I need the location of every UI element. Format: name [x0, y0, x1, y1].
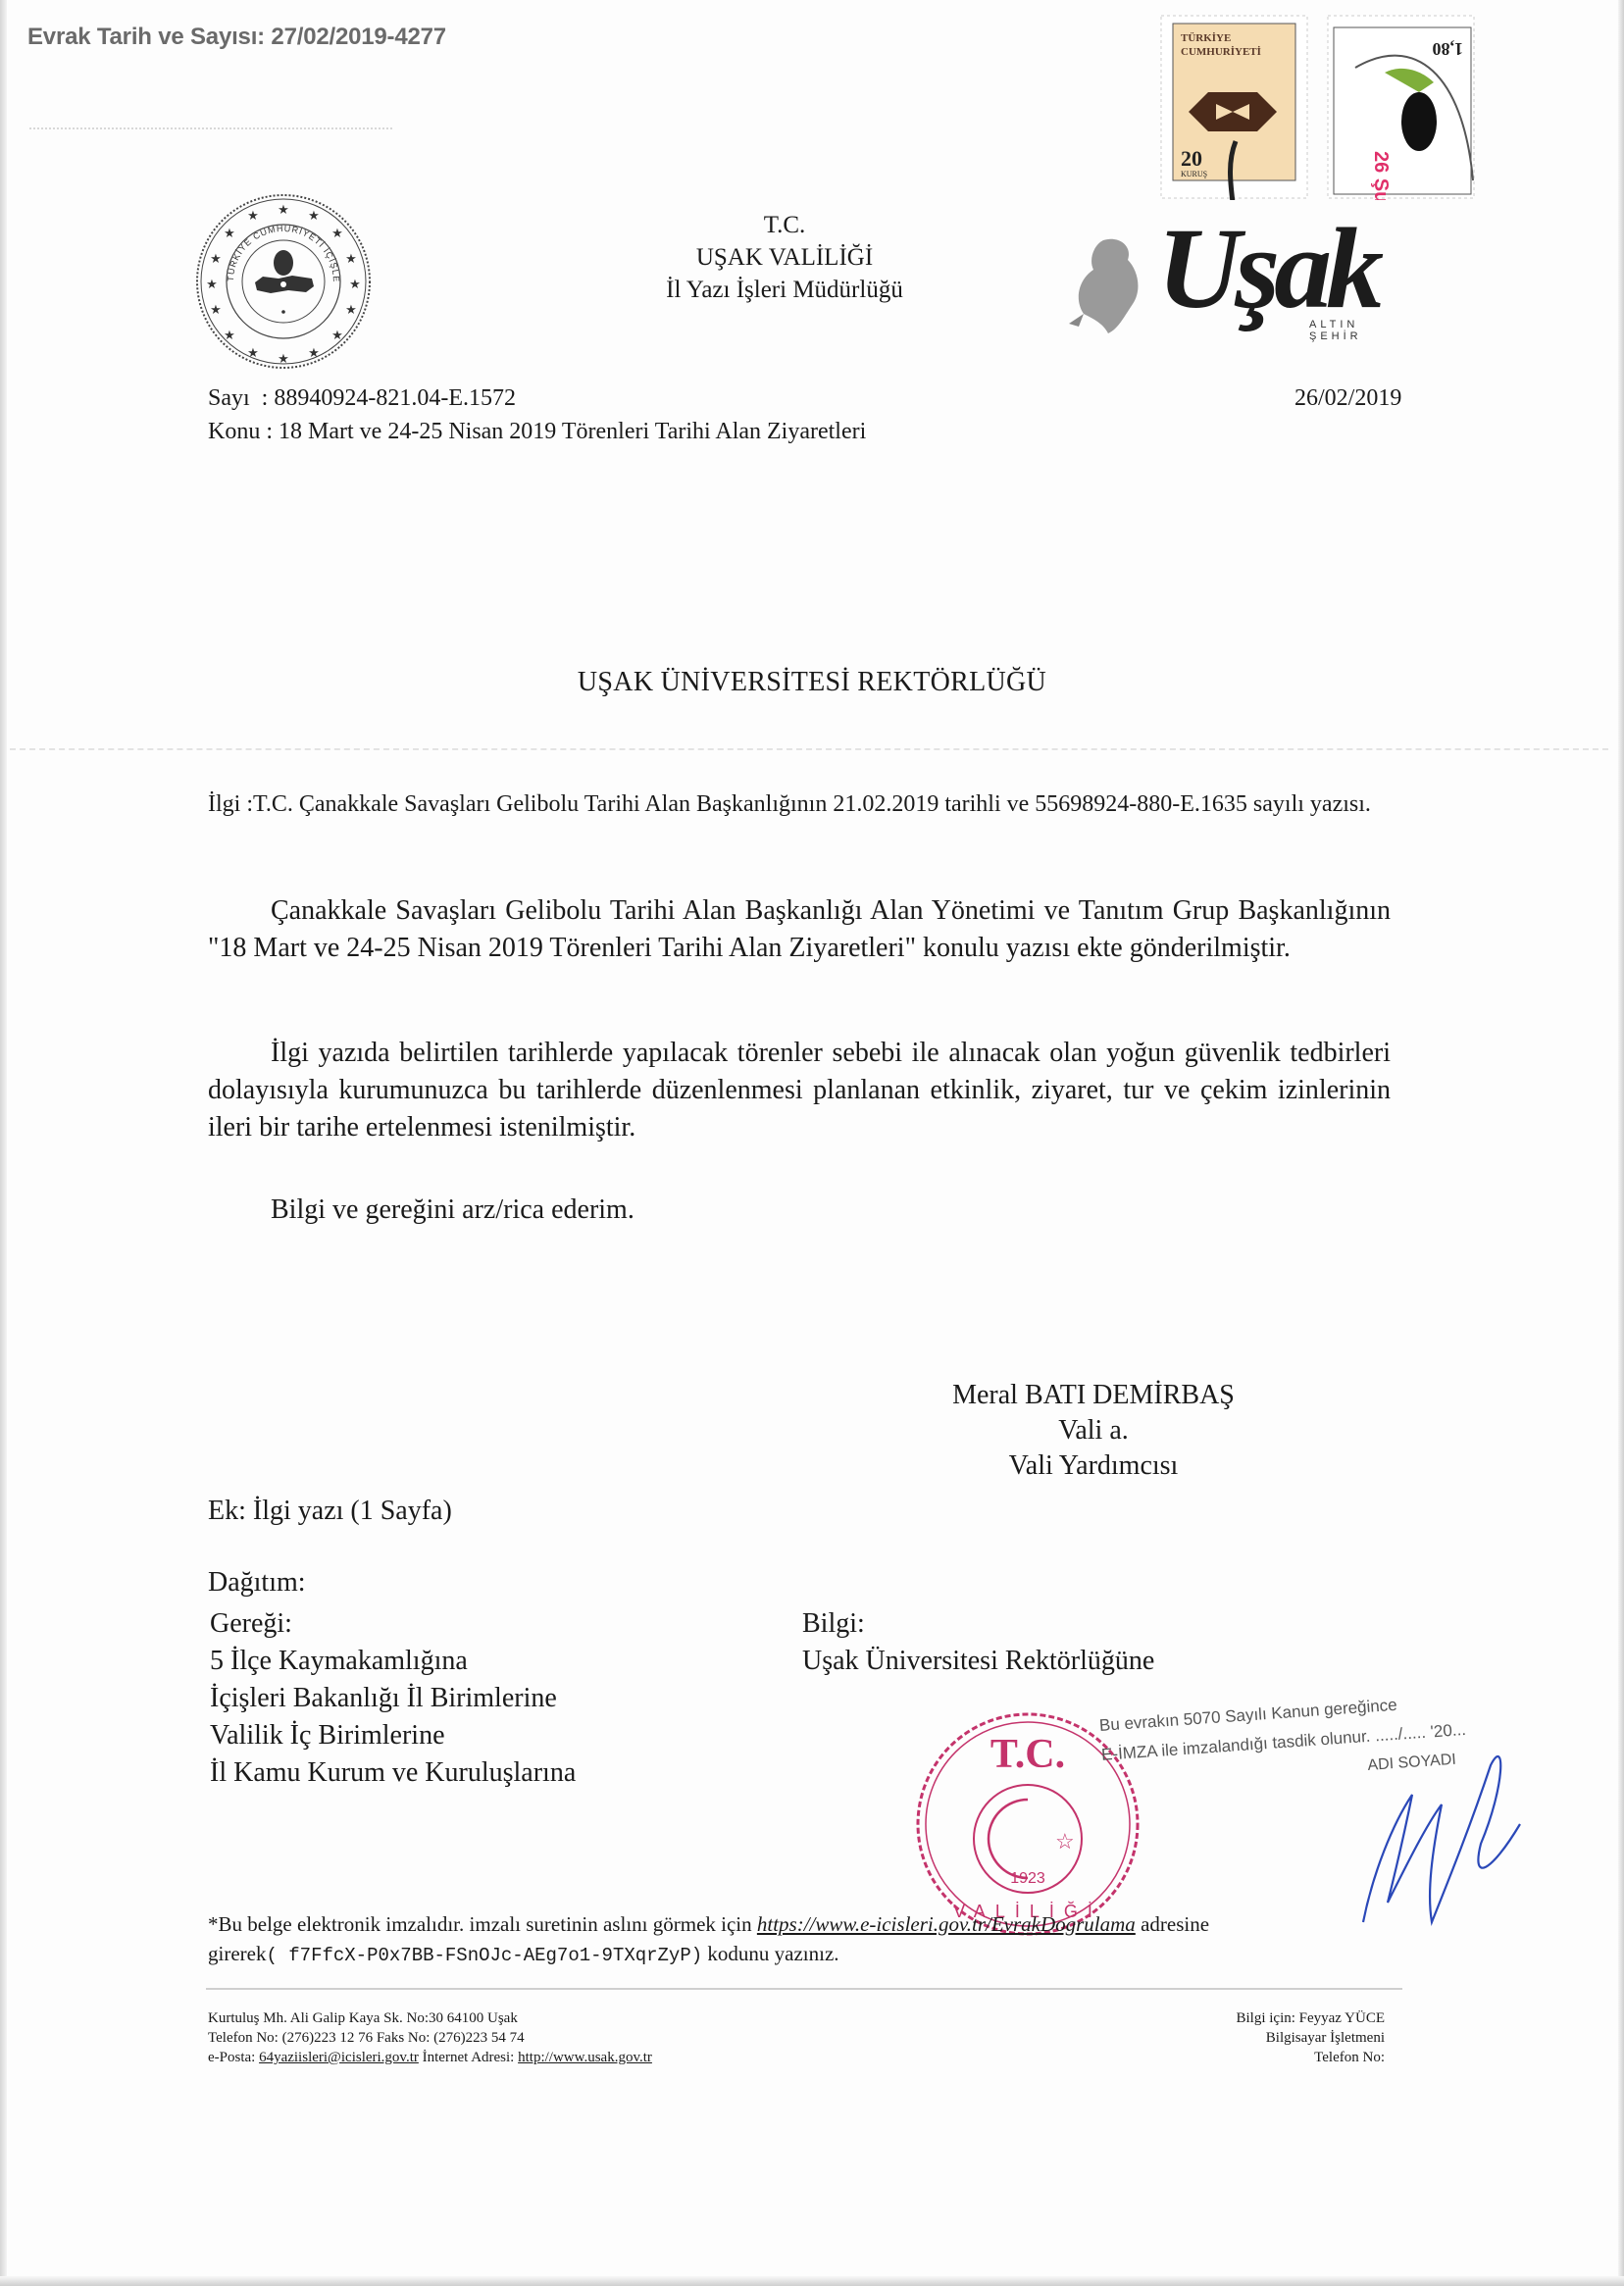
- svg-text:1,80: 1,80: [1433, 39, 1464, 59]
- list-item: İçişleri Bakanlığı İl Birimlerine: [210, 1680, 576, 1717]
- list-item: Uşak Üniversitesi Rektörlüğüne: [802, 1643, 1154, 1680]
- letterhead: T.C. UŞAK VALİLİĞİ İl Yazı İşleri Müdürl…: [588, 209, 981, 306]
- fold-line: [10, 748, 1608, 750]
- svg-text:★: ★: [224, 226, 235, 240]
- usak-city-logo: Uşak ALTIN ŞEHİR: [1064, 211, 1388, 348]
- svg-text:★: ★: [247, 345, 259, 360]
- svg-text:★: ★: [345, 251, 357, 266]
- scan-artifact: [29, 127, 392, 129]
- svg-text:TÜRKİYE CUMHURİYETİ İÇİŞLERİ B: TÜRKİYE CUMHURİYETİ İÇİŞLERİ BAKANLIĞI: [194, 192, 341, 282]
- postage-stamp-icon: 1,80 26 Şubat 19: [1326, 14, 1476, 200]
- svg-text:★: ★: [278, 202, 289, 217]
- footer-divider: [206, 1988, 1402, 1990]
- page-edge: [0, 0, 7, 2286]
- svg-text:TÜRKİYE: TÜRKİYE: [1181, 31, 1231, 44]
- e-signature-footnote: *Bu belge elektronik imzalıdır. imzalı s…: [208, 1909, 1404, 1970]
- svg-text:★: ★: [247, 208, 259, 223]
- page-edge: [1618, 0, 1624, 2286]
- body-paragraph: Çanakkale Savaşları Gelibolu Tarihi Alan…: [208, 892, 1391, 967]
- website-link[interactable]: http://www.usak.gov.tr: [518, 2050, 652, 2065]
- document-date: 26/02/2019: [1294, 385, 1401, 412]
- addressee: UŞAK ÜNİVERSİTESİ REKTÖRLÜĞÜ: [0, 667, 1624, 698]
- distribution-action-list: Gereği: 5 İlçe Kaymakamlığına İçişleri B…: [210, 1605, 576, 1792]
- body-paragraph: Bilgi ve gereğini arz/rica ederim.: [208, 1192, 1391, 1229]
- svg-text:20: 20: [1181, 146, 1202, 171]
- statue-icon: [1064, 230, 1152, 338]
- page-edge: [0, 2276, 1624, 2286]
- svg-text:★: ★: [331, 226, 343, 240]
- svg-text:★: ★: [349, 277, 361, 291]
- letterhead-department: İl Yazı İşleri Müdürlüğü: [588, 274, 981, 306]
- svg-text:T.C.: T.C.: [990, 1732, 1065, 1777]
- svg-text:★: ★: [345, 302, 357, 317]
- list-item: İl Kamu Kurum ve Kuruluşlarına: [210, 1754, 576, 1792]
- reference-label: İlgi :: [208, 787, 253, 822]
- document-registry-number: Evrak Tarih ve Sayısı: 27/02/2019-4277: [27, 24, 446, 51]
- svg-text:KURUŞ: KURUŞ: [1181, 170, 1207, 178]
- footer-contact: Bilgi için: Feyyaz YÜCE Bilgisayar İşlet…: [1079, 2008, 1385, 2067]
- svg-text:★: ★: [331, 328, 343, 342]
- distribution-label: Dağıtım:: [208, 1567, 306, 1599]
- attachment-note: Ek: İlgi yazı (1 Sayfa): [208, 1496, 452, 1527]
- svg-text:★: ★: [206, 277, 218, 291]
- signatory-title: Vali Yardımcısı: [912, 1448, 1275, 1484]
- svg-text:★: ★: [278, 351, 289, 366]
- signatory-on-behalf: Vali a.: [912, 1413, 1275, 1448]
- postage-stamp-icon: TÜRKİYE CUMHURİYETİ 20 KURUŞ: [1159, 14, 1309, 200]
- verification-code: ( f7FfcX-P0x7BB-FSnOJc-AEg7o1-9TXqrZyP): [266, 1945, 702, 1966]
- footer-address: Kurtuluş Mh. Ali Galip Kaya Sk. No:30 64…: [208, 2008, 652, 2067]
- letterhead-tc: T.C.: [588, 209, 981, 241]
- svg-text:CUMHURİYETİ: CUMHURİYETİ: [1181, 46, 1261, 58]
- verification-link[interactable]: https://www.e-icisleri.gov.tr/EvrakDogru…: [757, 1912, 1136, 1936]
- list-item: Valilik İç Birimlerine: [210, 1717, 576, 1754]
- reference-text: T.C. Çanakkale Savaşları Gelibolu Tarihi…: [253, 787, 1371, 822]
- svg-text:★: ★: [308, 345, 320, 360]
- svg-text:★: ★: [224, 328, 235, 342]
- svg-text:★: ★: [210, 251, 222, 266]
- ministry-seal-icon: ★ ★ ★ ★ ★ ★ ★ ★ ★ ★ ★ ★ ★ ★ ★ ★ TÜRKİYE …: [194, 192, 373, 371]
- svg-text:26 Şubat 19: 26 Şubat 19: [1370, 151, 1392, 200]
- svg-text:★: ★: [210, 302, 222, 317]
- subject-line: Konu : 18 Mart ve 24-25 Nisan 2019 Tören…: [208, 419, 866, 445]
- list-item: 5 İlçe Kaymakamlığına: [210, 1643, 576, 1680]
- svg-text:1923: 1923: [1010, 1870, 1045, 1887]
- signatory-block: Meral BATI DEMİRBAŞ Vali a. Vali Yardımc…: [912, 1378, 1275, 1484]
- distribution-info-list: Bilgi: Uşak Üniversitesi Rektörlüğüne: [802, 1605, 1154, 1680]
- letterhead-governorship: UŞAK VALİLİĞİ: [588, 241, 981, 274]
- logo-tagline: ALTIN ŞEHİR: [1309, 319, 1388, 342]
- svg-text:☆: ☆: [1055, 1829, 1075, 1854]
- body-paragraph: İlgi yazıda belirtilen tarihlerde yapıla…: [208, 1035, 1391, 1146]
- email-link[interactable]: 64yaziisleri@icisleri.gov.tr: [259, 2050, 419, 2065]
- svg-text:★: ★: [308, 208, 320, 223]
- logo-wordmark: Uşak: [1157, 211, 1378, 327]
- reference-number: Sayı : 88940924-821.04-E.1572: [208, 385, 516, 412]
- signatory-name: Meral BATI DEMİRBAŞ: [912, 1378, 1275, 1413]
